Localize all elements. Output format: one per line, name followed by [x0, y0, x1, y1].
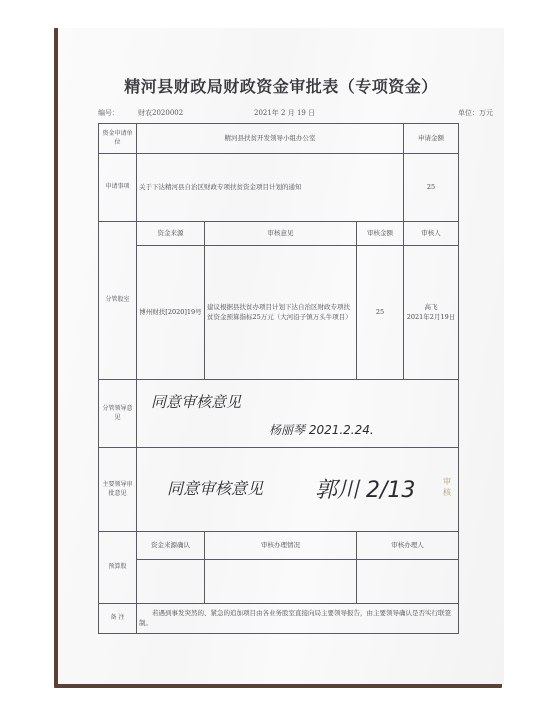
handler-value	[357, 560, 459, 604]
fund-source-value: 博州财扶[2020]19号	[137, 246, 205, 380]
header-review-amount: 审核金额	[357, 222, 404, 246]
application-amount: 25	[404, 154, 459, 222]
reviewer-name: 高飞	[406, 303, 456, 312]
applicant-value: 精河县扶贫开发领导小组办公室	[137, 124, 404, 154]
application-label: 申请事项	[99, 154, 137, 222]
document-title: 精河县财政局财政资金审批表（专项资金）	[58, 74, 504, 97]
approval-stamp: 审核	[443, 476, 458, 498]
review-opinion-value: 建议根据县扶贫办项目计划下达自治区财政专项扶贫资金预算指标25万元（大河沿子镇万…	[205, 246, 357, 380]
budget-content-row	[99, 560, 459, 604]
remarks-row: 备 注 若遇到事发突然的、紧急的追加项目由各业务股室直接向局主要领导报告，由主要…	[99, 604, 459, 634]
application-row: 申请事项 关于下达精河县自治区财政专项扶贫资金项目计划的通知 25	[99, 154, 459, 222]
supervisor-row: 分管领导意见 同意审核意见 杨丽琴 2021.2.24.	[99, 380, 459, 448]
document-page: 精河县财政局财政资金审批表（专项资金） 编号： 财农2020002 2021年 …	[58, 28, 504, 684]
applicant-row: 资金申请单位 精河县扶贫开发领导小组办公室 申请金额	[99, 124, 459, 154]
header-fund-source: 资金来源	[137, 222, 205, 246]
header-handler: 审核办理人	[357, 532, 459, 560]
review-amount-value: 25	[357, 246, 404, 380]
supervisor-label: 分管领导意见	[99, 380, 137, 448]
supervisor-signature: 杨丽琴 2021.2.24.	[269, 422, 374, 439]
reviewer-date: 2021年2月19日	[406, 313, 456, 322]
budget-label: 预算股	[99, 532, 137, 604]
approval-form-table: 资金申请单位 精河县扶贫开发领导小组办公室 申请金额 申请事项 关于下达精河县自…	[98, 123, 459, 634]
main-leader-row: 主要领导审批意见 同意审核意见 郭川 2/13 审核	[99, 448, 459, 532]
fund-confirm-value	[137, 560, 205, 604]
unit-label: 单位：万元	[458, 108, 493, 118]
document-date: 2021年 2 月 19 日	[254, 108, 315, 118]
number-value: 财农2020002	[138, 108, 183, 118]
supervisor-handwritten-opinion: 同意审核意见	[151, 392, 241, 413]
header-handling-status: 审核办理情况	[205, 532, 357, 560]
application-value: 关于下达精河县自治区财政专项扶贫资金项目计划的通知	[137, 154, 404, 222]
main-leader-label: 主要领导审批意见	[99, 448, 137, 532]
department-label: 分管股室	[99, 222, 137, 380]
main-leader-handwritten-opinion: 同意审核意见	[167, 478, 263, 500]
header-reviewer: 审核人	[404, 222, 459, 246]
remarks-label: 备 注	[99, 604, 137, 634]
handling-status-value	[205, 560, 357, 604]
reviewer-cell: 高飞 2021年2月19日	[404, 246, 459, 380]
main-leader-opinion-cell: 同意审核意见 郭川 2/13 审核	[137, 448, 459, 532]
department-header-row: 分管股室 资金来源 审核意见 审核金额 审核人	[99, 222, 459, 246]
main-leader-signature: 郭川 2/13	[315, 476, 415, 507]
header-review-opinion: 审核意见	[205, 222, 357, 246]
number-label: 编号：	[98, 108, 119, 118]
header-fund-confirm: 资金来源确认	[137, 532, 205, 560]
remarks-text: 若遇到事发突然的、紧急的追加项目由各业务股室直接向局主要领导报告，由主要领导确认…	[137, 604, 459, 634]
department-content-row: 博州财扶[2020]19号 建议根据县扶贫办项目计划下达自治区财政专项扶贫资金预…	[99, 246, 459, 380]
amount-header: 申请金额	[404, 124, 459, 154]
applicant-label: 资金申请单位	[99, 124, 137, 154]
supervisor-opinion-cell: 同意审核意见 杨丽琴 2021.2.24.	[137, 380, 459, 448]
budget-header-row: 预算股 资金来源确认 审核办理情况 审核办理人	[99, 532, 459, 560]
